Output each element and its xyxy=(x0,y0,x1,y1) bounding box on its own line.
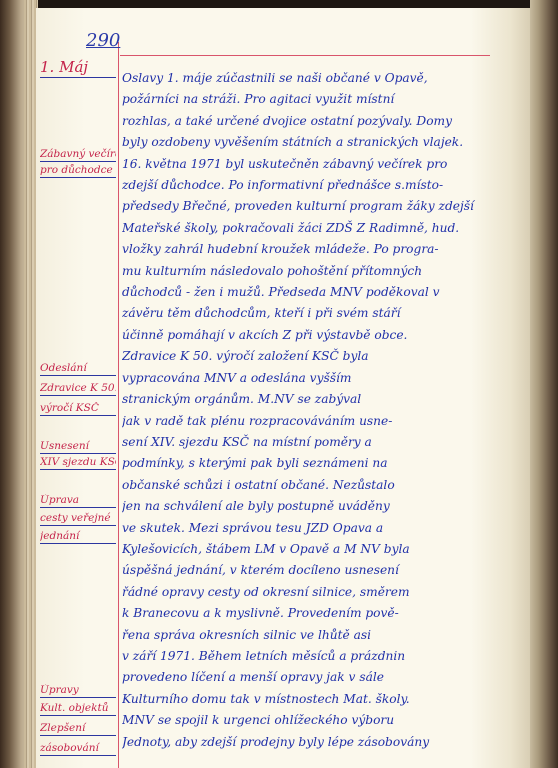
text-line: ve skutek. Mezi správou tesu JZD Opava a xyxy=(122,518,502,539)
text-line: Mateřské školy, pokračovali žáci ZDŠ Z R… xyxy=(122,218,502,239)
text-line: důchodců - žen i mužů. Předseda MNV podě… xyxy=(122,282,502,303)
text-line: MNV se spojil k urgenci ohlížeckého výbo… xyxy=(122,710,502,731)
chronicle-body-text: Oslavy 1. máje zúčastnili se naši občané… xyxy=(122,68,502,753)
text-line: úspěšná jednání, v kterém docíleno usnes… xyxy=(122,560,502,581)
text-line: Oslavy 1. máje zúčastnili se naši občané… xyxy=(122,68,502,89)
margin-note: cesty veřejné xyxy=(40,512,116,526)
margin-note: 1. Máj xyxy=(40,58,116,78)
text-line: provedeno líčení a menší opravy jak v sá… xyxy=(122,667,502,688)
text-line: Jednoty, aby zdejší prodejny byly lépe z… xyxy=(122,732,502,753)
text-line: závěru těm důchodcům, kteří i při svém s… xyxy=(122,303,502,324)
margin-note: Zábavný večírek xyxy=(40,148,116,162)
text-line: v září 1971. Během letních měsíců a práz… xyxy=(122,646,502,667)
text-line: 16. května 1971 byl uskutečněn zábavný v… xyxy=(122,154,502,175)
margin-rule xyxy=(118,42,119,768)
text-line: stranickým orgánům. M.NV se zabýval xyxy=(122,389,502,410)
text-line: podmínky, s kterými pak byli seznámeni n… xyxy=(122,453,502,474)
margin-note: Zdravice K 50. xyxy=(40,382,116,396)
margin-note: pro důchodce xyxy=(40,164,116,178)
header-rule xyxy=(120,55,490,56)
text-line: Kulturního domu tak v místnostech Mat. š… xyxy=(122,689,502,710)
text-line: mu kulturním následovalo pohoštění příto… xyxy=(122,261,502,282)
text-line: občanské schůzi i ostatní občané. Nezůst… xyxy=(122,475,502,496)
text-line: řádné opravy cesty od okresní silnice, s… xyxy=(122,582,502,603)
page-number: 290 xyxy=(86,30,120,51)
text-line: vložky zahrál hudební kroužek mládeže. P… xyxy=(122,239,502,260)
margin-note: výročí KSČ xyxy=(40,402,116,416)
text-line: požárníci na stráži. Pro agitaci využit … xyxy=(122,89,502,110)
text-line: Zdravice K 50. výročí založení KSČ byla xyxy=(122,346,502,367)
text-line: jak v radě tak plénu rozpracováváním usn… xyxy=(122,411,502,432)
text-line: předsedy Břečné, proveden kulturní progr… xyxy=(122,196,502,217)
text-line: rozhlas, a také určené dvojice ostatní p… xyxy=(122,111,502,132)
margin-note: Úpravy xyxy=(40,684,116,698)
margin-note: Usnesení xyxy=(40,440,116,454)
book-right-edge xyxy=(530,0,558,768)
text-line: Kylešovicích, štábem LM v Opavě a M NV b… xyxy=(122,539,502,560)
margin-note: zásobování xyxy=(40,742,116,756)
margin-note: Zlepšení xyxy=(40,722,116,736)
margin-note: Kult. objektů xyxy=(40,702,116,716)
text-line: zdejší důchodce. Po informativní přednáš… xyxy=(122,175,502,196)
text-line: jen na schválení ale byly postupně uvádě… xyxy=(122,496,502,517)
text-line: účinně pomáhají v akcích Z při výstavbě … xyxy=(122,325,502,346)
text-line: sení XIV. sjezdu KSČ na místní poměry a xyxy=(122,432,502,453)
text-line: řena správa okresních silnic ve lhůtě as… xyxy=(122,625,502,646)
margin-note: Odeslání xyxy=(40,362,116,376)
margin-note: XIV sjezdu KSČ xyxy=(40,456,116,470)
margin-note: jednání xyxy=(40,530,116,544)
text-line: vypracována MNV a odeslána vyšším xyxy=(122,368,502,389)
text-line: byly ozdobeny vyvěšením státních a stran… xyxy=(122,132,502,153)
margin-note: Úprava xyxy=(40,494,116,508)
text-line: k Branecovu a k myslivně. Provedením pov… xyxy=(122,603,502,624)
